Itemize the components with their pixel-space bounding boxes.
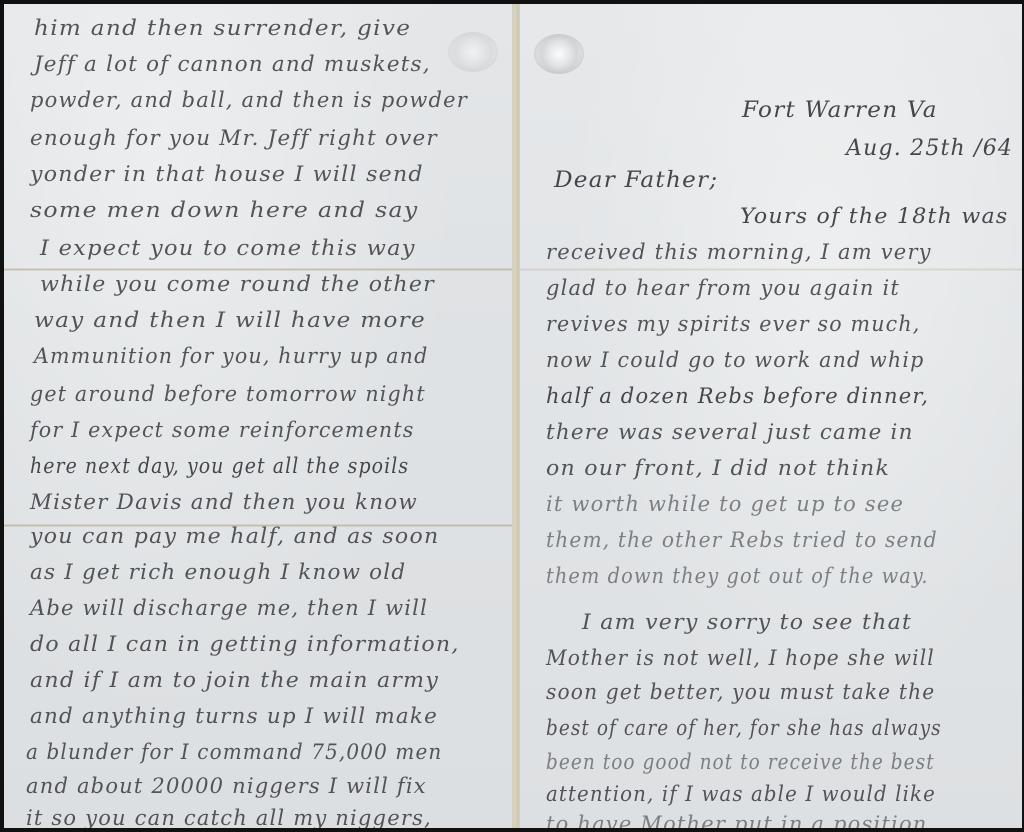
letter-line: Abe will discharge me, then I will — [30, 596, 428, 620]
letter-line: best of care of her, for she has always — [546, 716, 942, 740]
letter-line: there was several just came in — [546, 420, 914, 444]
letter-line: soon get better, you must take the — [546, 680, 935, 704]
fold-line-upper — [4, 268, 514, 271]
letter-line: Ammunition for you, hurry up and — [34, 344, 428, 368]
letter-line: do all I can in getting information, — [30, 632, 460, 656]
fold-line-upper — [520, 268, 1022, 271]
letter-scan: him and then surrender, give Jeff a lot … — [4, 4, 1022, 828]
letter-line: and about 20000 niggers I will fix — [26, 774, 427, 798]
letter-place: Fort Warren Va — [742, 98, 938, 123]
letter-line: them, the other Rebs tried to send — [546, 528, 938, 552]
letter-line: Yours of the 18th was — [740, 204, 1008, 228]
letter-line: and if I am to join the main army — [30, 668, 439, 692]
letter-line: enough for you Mr. Jeff right over — [30, 126, 438, 150]
letter-line: it so you can catch all my niggers, — [26, 806, 432, 828]
letter-line: on our front, I did not think — [546, 456, 890, 480]
letter-line: I am very sorry to see that — [582, 610, 912, 634]
left-page: him and then surrender, give Jeff a lot … — [4, 4, 514, 828]
letter-line: Mister Davis and then you know — [30, 490, 418, 514]
letter-line: revives my spirits ever so much, — [546, 312, 921, 336]
letter-line: and anything turns up I will make — [30, 704, 438, 728]
right-page: Fort Warren Va Aug. 25th /64 Dear Father… — [520, 4, 1022, 828]
letter-salutation: Dear Father; — [554, 168, 718, 193]
letter-line: for I expect some reinforcements — [30, 418, 415, 442]
letter-line: glad to hear from you again it — [546, 276, 900, 300]
letter-line: I expect you to come this way — [40, 236, 416, 260]
letter-line: now I could go to work and whip — [546, 348, 924, 372]
letter-line: a blunder for I command 75,000 men — [26, 740, 442, 764]
letter-line: as I get rich enough I know old — [30, 560, 406, 584]
letter-line: powder, and ball, and then is powder — [30, 88, 468, 112]
letter-line: yonder in that house I will send — [30, 162, 424, 186]
letter-line: attention, if I was able I would like — [546, 782, 936, 806]
letter-line: half a dozen Rebs before dinner, — [546, 384, 929, 408]
letter-line: it worth while to get up to see — [546, 492, 904, 516]
letter-line: Jeff a lot of cannon and muskets, — [34, 52, 431, 76]
letter-line: while you come round the other — [40, 272, 435, 296]
letter-line: to have Mother put in a position — [546, 812, 928, 828]
letter-line: Mother is not well, I hope she will — [546, 646, 935, 670]
letter-line: way and then I will have more — [34, 308, 426, 332]
letter-line: here next day, you get all the spoils — [30, 454, 409, 478]
letter-line: been too good not to receive the best — [546, 750, 935, 774]
letter-date: Aug. 25th /64 — [846, 136, 1013, 161]
letter-line: get around before tomorrow night — [30, 382, 426, 406]
letter-line: him and then surrender, give — [34, 16, 411, 40]
letter-line: you can pay me half, and as soon — [30, 524, 439, 548]
letter-line: some men down here and say — [30, 198, 418, 222]
letter-line: them down they got out of the way. — [546, 564, 929, 588]
embossed-seal-left — [448, 32, 498, 72]
letter-line: received this morning, I am very — [546, 240, 932, 264]
embossed-seal-right — [534, 34, 584, 74]
